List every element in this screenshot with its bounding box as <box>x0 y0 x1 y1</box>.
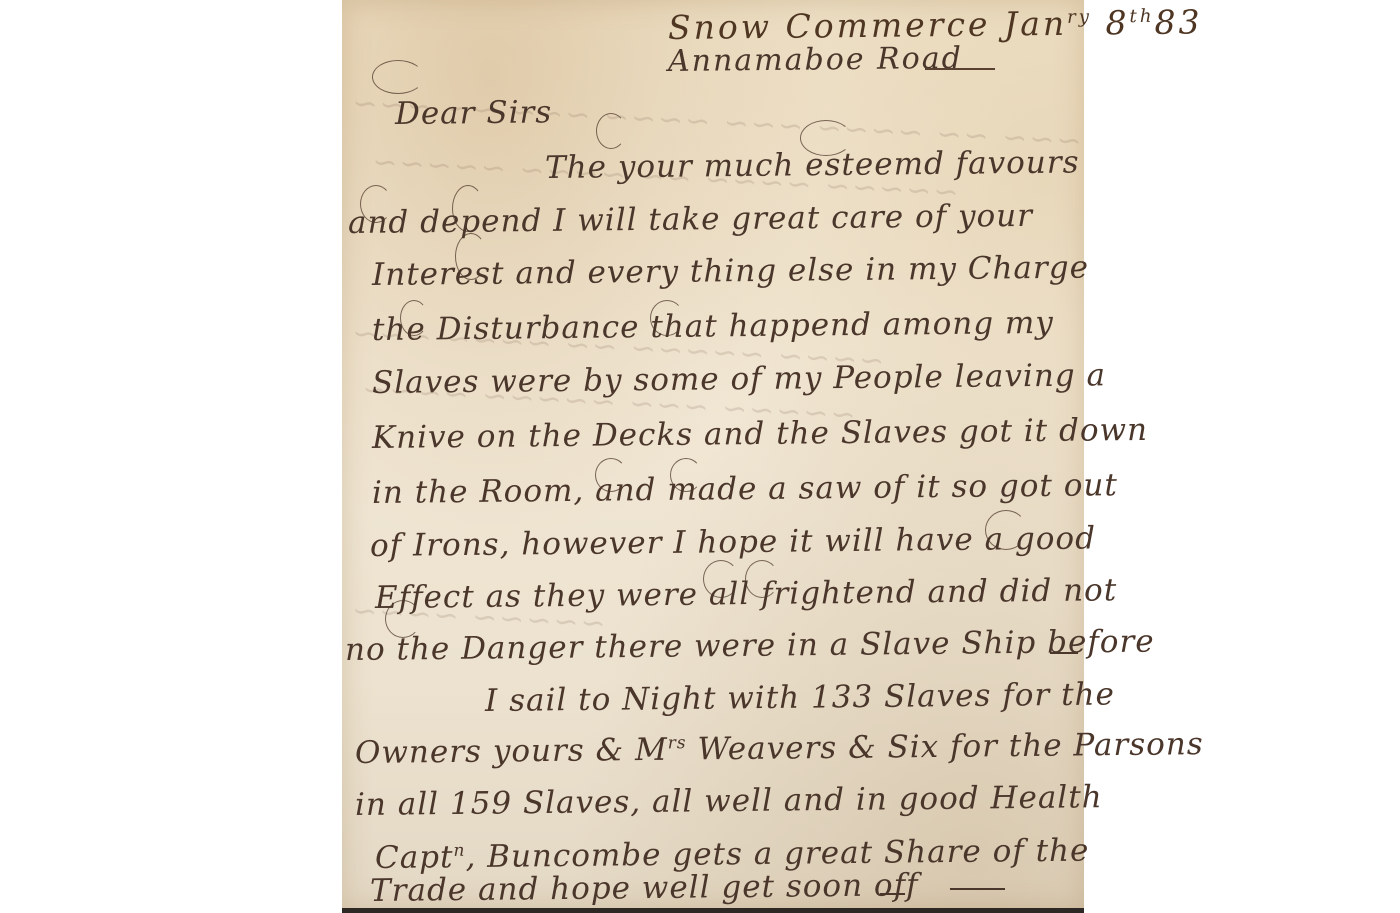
date-day: 8 <box>1105 3 1129 42</box>
line-14-sup: n <box>453 841 465 861</box>
letter-line-11: I sail to Night with 133 Slaves for the <box>485 676 1115 719</box>
paper-shadow-edge <box>342 908 1084 913</box>
line-12-start: Owners yours & M <box>355 732 668 771</box>
letter-line-15: Trade and hope well get soon off <box>370 867 919 909</box>
date-month-suffix: ry <box>1067 7 1092 28</box>
letter-line-1: The your much esteemd favours <box>545 144 1080 186</box>
letter-line-8: of Irons, however I hope it will have a … <box>370 520 1096 564</box>
letter-line-5: Slaves were by some of my People leaving… <box>372 357 1106 401</box>
line-12-sup: rs <box>668 733 687 753</box>
date-month: Jan <box>1004 4 1068 44</box>
date-year: 83 <box>1154 2 1202 42</box>
salutation: Dear Sirs <box>395 94 553 132</box>
closing-dash <box>880 893 905 895</box>
flourish-decoration <box>596 113 626 149</box>
line-12-rest: Weavers & Six for the Parsons <box>697 726 1204 767</box>
line-end-dash <box>1050 652 1078 654</box>
date-day-suffix: th <box>1129 6 1154 27</box>
letter-line-4: the Disturbance that happend among my <box>372 305 1054 348</box>
letter-line-3: Interest and every thing else in my Char… <box>372 249 1089 293</box>
letter-line-2: and depend I will take great care of you… <box>348 198 1033 241</box>
line-14-start: Capt <box>375 839 454 876</box>
flourish-decoration <box>372 60 424 94</box>
letter-header-location: Annamaboe Road <box>668 41 963 79</box>
header-underline <box>925 68 995 70</box>
closing-dash <box>950 888 1005 890</box>
